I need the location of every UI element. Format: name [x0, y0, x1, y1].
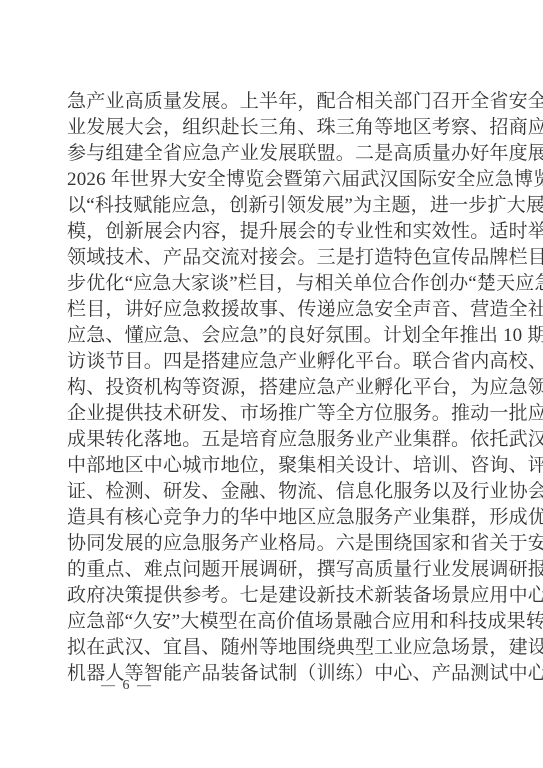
text-line: 政府决策提供参考。七是建设新技术新装备场景应用中心，推动	[67, 583, 479, 609]
page-number: — 6 —	[101, 678, 153, 694]
document-body: 急产业高质量发展。上半年，配合相关部门召开全省安全应急产业发展大会，组织赴长三角…	[67, 89, 479, 687]
text-line: 拟在武汉、宜昌、随州等地围绕典型工业应急场景，建设无人机、	[67, 635, 479, 661]
text-line: 领域技术、产品交流对接会。三是打造特色宣传品牌栏目。进一	[67, 245, 479, 271]
text-line: 应急、懂应急、会应急”的良好氛围。计划全年推出 10 期深度	[67, 323, 479, 349]
text-line: 证、检测、研发、金融、物流、信息化服务以及行业协会等，打	[67, 479, 479, 505]
text-line: 急产业高质量发展。上半年，配合相关部门召开全省安全应急产	[67, 89, 479, 115]
text-line: 模，创新展会内容，提升展会的专业性和实效性。适时举办应急	[67, 219, 479, 245]
text-line: 栏目，讲好应急救援故事、传递应急安全声音、营造全社会“学	[67, 297, 479, 323]
text-line: 成果转化落地。五是培育应急服务业产业集群。依托武汉市作为	[67, 427, 479, 453]
text-line: 的重点、难点问题开展调研，撰写高质量行业发展调研报告，为	[67, 557, 479, 583]
text-line: 访谈节目。四是搭建应急产业孵化平台。联合省内高校、科研机	[67, 349, 479, 375]
text-line: 应急部“久安”大模型在高价值场景融合应用和科技成果转化。	[67, 609, 479, 635]
text-line: 业发展大会，组织赴长三角、珠三角等地区考察、招商应急产业，	[67, 115, 479, 141]
text-line: 以“科技赋能应急，创新引领发展”为主题，进一步扩大展会规	[67, 193, 479, 219]
document-page: 急产业高质量发展。上半年，配合相关部门召开全省安全应急产业发展大会，组织赴长三角…	[0, 0, 543, 768]
text-line: 2026 年世界大安全博览会暨第六届武汉国际安全应急博览会将	[67, 167, 479, 193]
text-line: 造具有核心竞争力的华中地区应急服务产业集群，形成优势互补、	[67, 505, 479, 531]
text-line: 构、投资机构等资源，搭建应急产业孵化平台，为应急领域初创	[67, 375, 479, 401]
text-line: 参与组建全省应急产业发展联盟。二是高质量办好年度展会。	[67, 141, 479, 167]
text-line: 企业提供技术研发、市场推广等全方位服务。推动一批应急科技	[67, 401, 479, 427]
text-line: 步优化“应急大家谈”栏目，与相关单位合作创办“楚天应急”	[67, 271, 479, 297]
text-line: 协同发展的应急服务产业格局。六是围绕国家和省关于安全应急	[67, 531, 479, 557]
text-line: 中部地区中心城市地位，聚集相关设计、培训、咨询、评价、认	[67, 453, 479, 479]
